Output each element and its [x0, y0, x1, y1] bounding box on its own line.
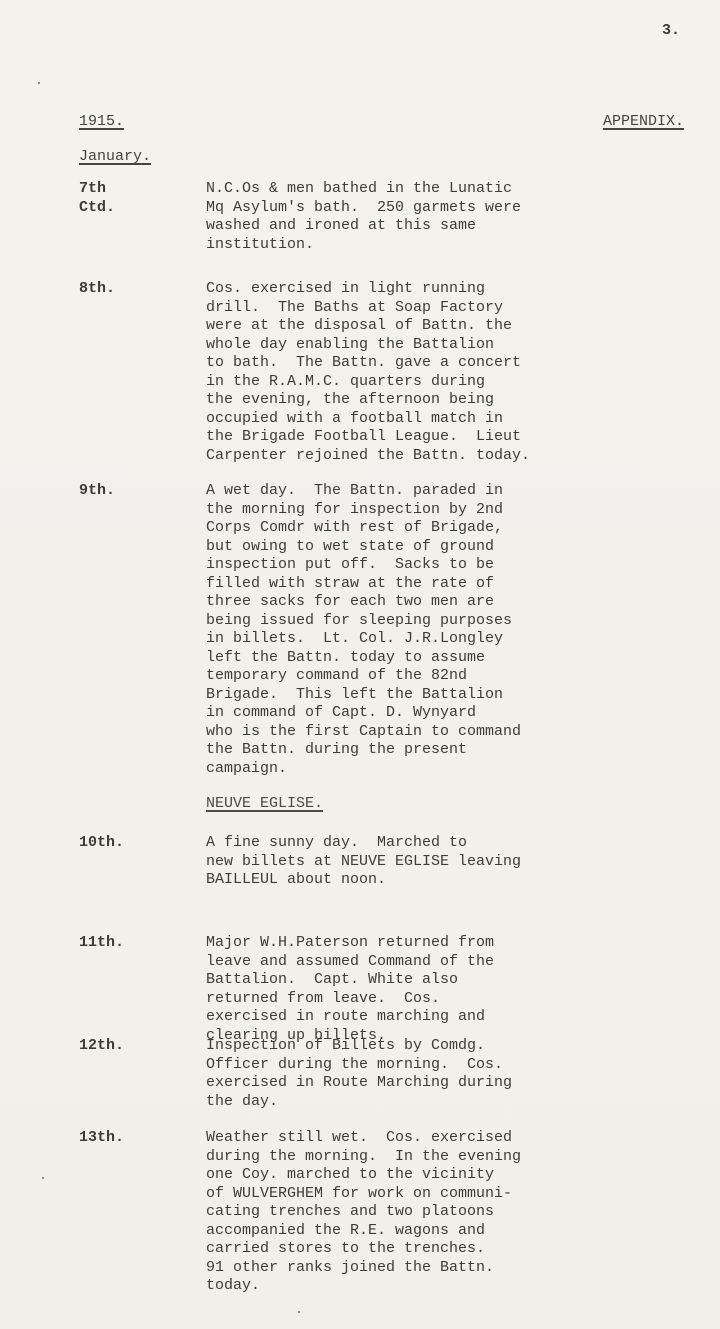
entry-line: Inspection of Billets by Comdg. — [206, 1037, 706, 1056]
entry-line: inspection put off. Sacks to be — [206, 556, 706, 575]
entry-line: institution. — [206, 236, 706, 255]
month-heading: January. — [79, 148, 151, 165]
paper-speck — [42, 1177, 44, 1179]
entry-line: drill. The Baths at Soap Factory — [206, 299, 706, 318]
entry-line: to bath. The Battn. gave a concert — [206, 354, 706, 373]
entry-line: occupied with a football match in — [206, 410, 706, 429]
section-heading-location: NEUVE EGLISE. — [206, 795, 323, 812]
entry-text: Major W.H.Paterson returned from leave a… — [206, 934, 706, 1045]
entry-line: Major W.H.Paterson returned from — [206, 934, 706, 953]
entry-text: A fine sunny day. Marched to new billets… — [206, 834, 706, 890]
entry-line: filled with straw at the rate of — [206, 575, 706, 594]
entry-line: Battalion. Capt. White also — [206, 971, 706, 990]
entry-line: Carpenter rejoined the Battn. today. — [206, 447, 706, 466]
entry-text: A wet day. The Battn. paraded in the mor… — [206, 482, 706, 778]
entry-line: Officer during the morning. Cos. — [206, 1056, 706, 1075]
entry-line: one Coy. marched to the vicinity — [206, 1166, 706, 1185]
entry-text: Inspection of Billets by Comdg. Officer … — [206, 1037, 706, 1111]
entry-line: leave and assumed Command of the — [206, 953, 706, 972]
entry-line: campaign. — [206, 760, 706, 779]
typewritten-page: 3. 1915. APPENDIX. January. 7th Ctd. N.C… — [0, 0, 720, 1329]
entry-line: the evening, the afternoon being — [206, 391, 706, 410]
entry-date: 8th. — [79, 280, 115, 299]
entry-line: Weather still wet. Cos. exercised — [206, 1129, 706, 1148]
entry-line: in billets. Lt. Col. J.R.Longley — [206, 630, 706, 649]
year-heading: 1915. — [79, 113, 124, 130]
entry-line: returned from leave. Cos. — [206, 990, 706, 1009]
entry-line: N.C.Os & men bathed in the Lunatic — [206, 180, 706, 199]
entry-line: Cos. exercised in light running — [206, 280, 706, 299]
entry-line: 91 other ranks joined the Battn. — [206, 1259, 706, 1278]
paper-speck — [298, 1311, 300, 1313]
entry-date: 11th. — [79, 934, 124, 953]
entry-line: three sacks for each two men are — [206, 593, 706, 612]
entry-line: being issued for sleeping purposes — [206, 612, 706, 631]
entry-line: whole day enabling the Battalion — [206, 336, 706, 355]
entry-line: in command of Capt. D. Wynyard — [206, 704, 706, 723]
entry-line: during the morning. In the evening — [206, 1148, 706, 1167]
entry-text: Cos. exercised in light running drill. T… — [206, 280, 706, 465]
entry-line: A fine sunny day. Marched to — [206, 834, 706, 853]
entry-text: N.C.Os & men bathed in the Lunatic Mq As… — [206, 180, 706, 254]
entry-line: Corps Comdr with rest of Brigade, — [206, 519, 706, 538]
entry-line: cating trenches and two platoons — [206, 1203, 706, 1222]
entry-line: accompanied the R.E. wagons and — [206, 1222, 706, 1241]
entry-line: the Battn. during the present — [206, 741, 706, 760]
entry-date: 7th Ctd. — [79, 180, 115, 217]
entry-date: 12th. — [79, 1037, 124, 1056]
entry-line: exercised in route marching and — [206, 1008, 706, 1027]
entry-line: the morning for inspection by 2nd — [206, 501, 706, 520]
entry-line: the Brigade Football League. Lieut — [206, 428, 706, 447]
paper-speck — [38, 82, 40, 84]
entry-line: Mq Asylum's bath. 250 garmets were — [206, 199, 706, 218]
appendix-label: APPENDIX. — [603, 113, 684, 130]
entry-line: the day. — [206, 1093, 706, 1112]
entry-line: were at the disposal of Battn. the — [206, 317, 706, 336]
entry-line: of WULVERGHEM for work on communi- — [206, 1185, 706, 1204]
entry-line: but owing to wet state of ground — [206, 538, 706, 557]
entry-line: today. — [206, 1277, 706, 1296]
entry-line: new billets at NEUVE EGLISE leaving — [206, 853, 706, 872]
entry-line: washed and ironed at this same — [206, 217, 706, 236]
entry-line: temporary command of the 82nd — [206, 667, 706, 686]
entry-line: who is the first Captain to command — [206, 723, 706, 742]
entry-date: 10th. — [79, 834, 124, 853]
entry-line: left the Battn. today to assume — [206, 649, 706, 668]
entry-line: BAILLEUL about noon. — [206, 871, 706, 890]
entry-date: 13th. — [79, 1129, 124, 1148]
entry-line: Brigade. This left the Battalion — [206, 686, 706, 705]
entry-date: 9th. — [79, 482, 115, 501]
entry-line: in the R.A.M.C. quarters during — [206, 373, 706, 392]
page-number: 3. — [662, 22, 680, 39]
entry-text: Weather still wet. Cos. exercised during… — [206, 1129, 706, 1296]
entry-line: carried stores to the trenches. — [206, 1240, 706, 1259]
entry-line: A wet day. The Battn. paraded in — [206, 482, 706, 501]
entry-line: exercised in Route Marching during — [206, 1074, 706, 1093]
